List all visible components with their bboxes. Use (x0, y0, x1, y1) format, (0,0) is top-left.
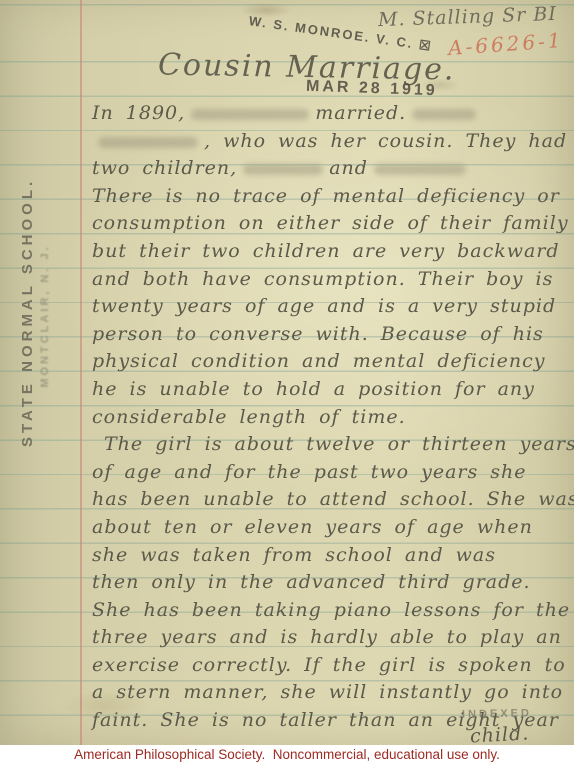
letter-line: a stern manner, she will instantly go in… (92, 679, 570, 707)
redacted-name (374, 164, 466, 175)
school-stamp: STATE NORMAL SCHOOL. MONTCLAIR, N. J. (19, 185, 51, 447)
letter-line: The girl is about twelve or thirteen yea… (92, 431, 570, 459)
handwritten-text: consumption on either side of their fami… (92, 212, 569, 234)
letter-line: , who was her cousin. They had (92, 128, 570, 156)
handwritten-text: There is no trace of mental deficiency o… (92, 185, 560, 207)
date-stamp: MAR 28 1919 (306, 78, 438, 101)
letter-line: In 1890,married. (92, 100, 570, 128)
letter-line: person to converse with. Because of his (92, 321, 570, 349)
letter-line: then only in the advanced third grade. (92, 569, 570, 597)
letter-line: two children,and (92, 155, 570, 183)
letter-line: exercise correctly. If the girl is spoke… (92, 652, 570, 680)
indexed-stamp: INDEXED (462, 707, 532, 720)
letter-line: about ten or eleven years of age when (92, 514, 570, 542)
letter-line: he is unable to hold a position for any (92, 376, 570, 404)
handwritten-text: but their two children are very backward (92, 240, 560, 262)
letter-line: has been unable to attend school. She wa… (92, 486, 570, 514)
letter-line: twenty years of age and is a very stupid (92, 293, 570, 321)
school-stamp-location: MONTCLAIR, N. J. (39, 185, 51, 447)
letter-line: she was taken from school and was (92, 542, 570, 570)
handwritten-text: considerable length of time. (92, 406, 406, 428)
letter-line: considerable length of time. (92, 404, 570, 432)
handwritten-text: of age and for the past two years she (92, 461, 527, 483)
catalog-code: A-6626-1 (447, 28, 564, 60)
handwritten-text: exercise correctly. If the girl is spoke… (92, 654, 574, 676)
handwritten-text: then only in the advanced third grade. (92, 571, 531, 593)
letter-line: three years and is hardly able to play a… (92, 624, 570, 652)
handwritten-text: , who was her cousin. They had (204, 130, 567, 152)
handwritten-text: a stern manner, she will instantly go in… (92, 681, 574, 703)
attribution-footer: American Philosophical Society. Noncomme… (0, 745, 574, 767)
handwritten-text: she was taken from school and was (92, 544, 496, 566)
handwritten-text: married. (315, 102, 406, 124)
redacted-name (191, 109, 309, 120)
handwritten-text: The girl is about twelve or thirteen yea… (104, 433, 574, 455)
handwritten-text: In 1890, (92, 102, 185, 124)
handwritten-text: about ten or eleven years of age when (92, 516, 533, 538)
handwritten-text: She has been taking piano lessons for th… (92, 599, 574, 621)
redacted-name (243, 164, 323, 175)
document-page: M. Stalling Sr BI A-6626-1 W. S. MONROE.… (0, 0, 574, 767)
handwritten-text: has been unable to attend school. She wa… (92, 488, 574, 510)
handwritten-text: and both have consumption. Their boy is (92, 268, 553, 290)
letter-body: In 1890,married., who was her cousin. Th… (92, 100, 570, 735)
school-stamp-name: STATE NORMAL SCHOOL. (19, 185, 36, 447)
letter-line: She has been taking piano lessons for th… (92, 597, 570, 625)
margin-line (80, 0, 82, 745)
letter-closing: child. (469, 722, 529, 747)
handwritten-text: physical condition and mental deficiency (92, 350, 545, 372)
handwritten-text: twenty years of age and is a very stupid (92, 295, 556, 317)
redacted-name (98, 137, 198, 148)
handwritten-text: two children, (92, 157, 237, 179)
handwritten-text: three years and is hardly able to play a… (92, 626, 562, 648)
letter-line: physical condition and mental deficiency (92, 348, 570, 376)
handwritten-text: person to converse with. Because of his (92, 323, 544, 345)
handwritten-text: and (329, 157, 368, 179)
redacted-name (412, 109, 476, 120)
letter-line: and both have consumption. Their boy is (92, 266, 570, 294)
letter-line: consumption on either side of their fami… (92, 210, 570, 238)
letter-line: There is no trace of mental deficiency o… (92, 183, 570, 211)
letter-line: of age and for the past two years she (92, 459, 570, 487)
letter-paper: M. Stalling Sr BI A-6626-1 W. S. MONROE.… (0, 0, 574, 745)
pencil-note: M. Stalling Sr BI (378, 3, 557, 31)
letter-line: but their two children are very backward (92, 238, 570, 266)
handwritten-text: he is unable to hold a position for any (92, 378, 535, 400)
